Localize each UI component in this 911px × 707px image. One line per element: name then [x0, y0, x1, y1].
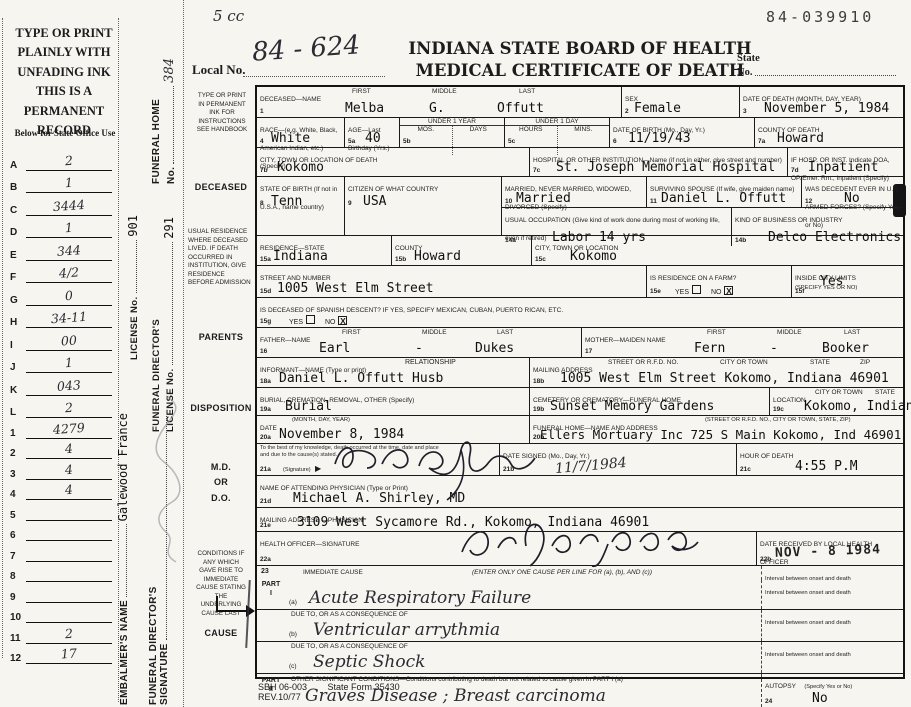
- mother-last: Booker: [822, 341, 869, 356]
- field-number: 21e: [260, 522, 271, 529]
- certificate-form: DECEASED—NAME FIRST MIDDLE LAST 1 Melba …: [255, 85, 905, 679]
- office-line-rule: 1: [26, 354, 112, 373]
- hospital-value: St. Joseph Memorial Hospital: [556, 160, 775, 175]
- embalmer-name-label: EMBALMER'S NAME: [119, 600, 130, 705]
- field-number: 11: [650, 198, 657, 205]
- autopsy-sublabel: (Specify Yes or No): [804, 684, 852, 690]
- burial-value: Burial: [285, 399, 332, 414]
- spouse-value: Daniel L. Offutt: [661, 191, 786, 206]
- office-line-rule: 2: [26, 399, 112, 418]
- field-residence-city: CITY, TOWN OR LOCATION 15c Kokomo: [532, 236, 903, 265]
- dotted-leader: [136, 240, 137, 294]
- state-label: STATE: [875, 389, 895, 396]
- cause-b-value: Ventricular arrythmia: [313, 620, 500, 640]
- office-line-label: 9: [10, 592, 26, 603]
- office-use-line: F4/2: [10, 261, 112, 284]
- office-line-rule: 2: [26, 625, 112, 644]
- father-label: FATHER—NAME: [260, 337, 310, 344]
- spanish-yes-checkbox: [306, 315, 315, 324]
- office-use-line: C3444: [10, 193, 112, 216]
- office-line-label: 6: [10, 530, 26, 541]
- state-no-block: State No.: [737, 52, 899, 79]
- office-line-rule: [26, 502, 112, 521]
- office-line-rule: 4/2: [26, 264, 112, 283]
- embalmer-name-value: Galewood France: [116, 413, 130, 521]
- office-line-value: 4279: [53, 421, 86, 436]
- field-citizen: CITIZEN OF WHAT COUNTRY USA 9: [345, 177, 502, 235]
- funeral-home-sublabel: (STREET OR R.F.D. NO., CITY OR TOWN, STA…: [705, 417, 851, 423]
- county-of-death-value: Howard: [777, 131, 824, 146]
- field-hospital: HOSPITAL OR OTHER INSTITUTION—Name (if n…: [530, 148, 788, 176]
- office-line-value: 4: [65, 484, 74, 497]
- field-number: 23: [261, 568, 269, 575]
- field-father-name: FATHER—NAME FIRST MIDDLE LAST 16 Earl - …: [257, 328, 582, 357]
- office-use-numbered-lines: 1427924344456789101121217: [10, 418, 112, 664]
- field-number: 5a: [348, 138, 355, 145]
- office-line-value: 0: [65, 289, 74, 302]
- part-one-label: PARTI: [259, 580, 283, 598]
- field-number: 17: [585, 348, 592, 355]
- file-number-stamp: 84-039910: [766, 8, 874, 26]
- date-of-birth-value: 11/19/43: [628, 131, 691, 146]
- sub-middle: MIDDLE: [422, 329, 447, 336]
- autopsy-value: No: [812, 691, 828, 706]
- farm-yes-label: YES: [675, 289, 689, 296]
- office-use-line: I00: [10, 328, 112, 351]
- industry-label: KIND OF BUSINESS OR INDUSTRY: [735, 217, 843, 224]
- office-line-label: 11: [10, 633, 26, 644]
- office-line-value: 4/2: [59, 266, 80, 280]
- city-of-death-value: Kokomo: [277, 160, 324, 175]
- hour-of-death-value: 4:55 P.M: [795, 459, 858, 474]
- office-use-line: 34: [10, 459, 112, 480]
- autopsy-cell: AUTOPSY (Specify Yes or No) 24 No: [761, 674, 903, 707]
- office-line-label: 8: [10, 571, 26, 582]
- section-conditions: CONDITIONS IF ANY WHICH GAVE RISE TO IMM…: [194, 550, 248, 618]
- residence-state-value: Indiana: [273, 249, 328, 264]
- field-number: 6: [613, 138, 617, 145]
- office-line-value: 2: [65, 154, 74, 167]
- deceased-first-name: Melba: [345, 101, 384, 116]
- date-sublabel: (MONTH, DAY, YEAR): [292, 417, 350, 423]
- cause-a-value: Acute Respiratory Failure: [309, 588, 531, 608]
- director-license-no: 291: [162, 217, 176, 239]
- office-line-value: 34-11: [51, 311, 88, 326]
- field-number: 8: [260, 200, 264, 207]
- field-number: 3: [743, 108, 747, 115]
- office-line-label: F: [10, 272, 26, 283]
- mother-label: MOTHER—MAIDEN NAME: [585, 337, 666, 344]
- dotted-leader: [755, 66, 896, 77]
- form-code: SBH 06-003: [258, 682, 307, 692]
- cause-line-c: DUE TO, OR AS A CONSEQUENCE OF (c) Septi…: [257, 642, 761, 673]
- relationship-label: RELATIONSHIP: [405, 359, 456, 366]
- office-line-rule: 4: [26, 481, 112, 500]
- field-number: 7d: [791, 167, 799, 174]
- field-number: 5b: [403, 138, 411, 145]
- field-number: 15f: [795, 288, 804, 295]
- permanent-record-notice: TYPE OR PRINT PLAINLY WITH UNFADING INK …: [8, 24, 120, 140]
- cause-c-value: Septic Shock: [313, 652, 425, 672]
- age-value: 40: [365, 131, 381, 146]
- director-sig-label2: SIGNATURE: [159, 643, 170, 705]
- office-line-label: J: [10, 362, 26, 373]
- deceased-last-name: Offutt: [497, 101, 544, 116]
- funeral-home-value: Ellers Mortuary Inc 725 S Main Kokomo, I…: [540, 427, 901, 442]
- embalmer-license-vertical: LICENSE No.901: [126, 215, 140, 360]
- office-line-label: 12: [10, 653, 26, 664]
- office-use-line: J1: [10, 351, 112, 374]
- office-use-line: 7: [10, 541, 112, 562]
- father-last: Dukes: [475, 341, 514, 356]
- field-cemetery-location: LOCATION CITY OR TOWN STATE 19c Kokomo, …: [770, 388, 903, 415]
- spanish-no-label: NO: [325, 319, 336, 326]
- office-use-line: E344: [10, 238, 112, 261]
- field-surviving-spouse: SURVIVING SPOUSE (If wife, give maiden n…: [647, 177, 802, 207]
- line-a-tag: (a): [289, 599, 297, 606]
- form-title: INDIANA STATE BOARD OF HEALTH MEDICAL CE…: [385, 38, 775, 83]
- office-use-line: B1: [10, 171, 112, 194]
- office-line-label: E: [10, 250, 26, 261]
- office-use-line: 1217: [10, 644, 112, 665]
- field-number: 1: [260, 108, 264, 115]
- section-type-or-print: TYPE OR PRINT IN PERMANENT INK FOR INSTR…: [196, 92, 248, 135]
- immediate-cause-label: IMMEDIATE CAUSE: [303, 569, 363, 576]
- office-line-value: 043: [57, 379, 82, 393]
- state-office-use-label: Below for State Office Use: [4, 128, 126, 138]
- field-informant: INFORMANT—NAME (Type or print) RELATIONS…: [257, 358, 530, 387]
- field-number: 18b: [533, 378, 544, 385]
- city-town-label: CITY OR TOWN: [815, 389, 863, 396]
- office-use-line: G0: [10, 283, 112, 306]
- state-no-label: No.: [737, 66, 752, 80]
- office-line-label: 4: [10, 489, 26, 500]
- office-line-label: 1: [10, 428, 26, 439]
- office-line-label: A: [10, 160, 26, 171]
- farm-no-checkbox-checked: X: [724, 286, 733, 295]
- office-line-rule: [26, 543, 112, 562]
- field-number: 22a: [260, 556, 271, 563]
- field-date-of-birth: DATE OF BIRTH (Mo., Day, Yr.) 6 11/19/43: [610, 118, 755, 147]
- director-sig-label1: FUNERAL DIRECTOR'S: [148, 586, 159, 705]
- field-residence-on-farm: IS RESIDENCE ON A FARM? 15e YES NOX: [647, 266, 792, 297]
- interval-c-cell: Interval between onset and death: [761, 642, 903, 673]
- field-number: 5c: [508, 138, 515, 145]
- field-mother-name: MOTHER—MAIDEN NAME FIRST MIDDLE LAST 17 …: [582, 328, 903, 357]
- dotted-leader: [126, 524, 127, 597]
- field-under-1-day: UNDER 1 DAY HOURS MINS. 5c: [505, 118, 610, 147]
- office-line-label: I: [10, 340, 26, 351]
- deceased-middle-name: G.: [429, 101, 445, 116]
- office-line-rule: 4: [26, 461, 112, 480]
- street-value: 1005 West Elm Street: [277, 281, 434, 296]
- section-deceased: DECEASED: [188, 182, 254, 192]
- md-line: M.D.: [188, 460, 254, 475]
- office-line-value: 4: [65, 443, 74, 456]
- interval-label: Interval between onset and death: [765, 590, 851, 596]
- marital-occupation-stack: MARRIED, NEVER MARRIED, WIDOWED, DIVORCE…: [502, 177, 903, 235]
- office-line-label: C: [10, 205, 26, 216]
- spanish-yes-label: YES: [289, 319, 303, 326]
- field-number: 19c: [773, 406, 784, 413]
- field-marital-status: MARRIED, NEVER MARRIED, WIDOWED, DIVORCE…: [502, 177, 647, 207]
- date-label: DATE: [260, 425, 277, 432]
- field-number: 15g: [260, 318, 271, 325]
- cause-header: 23 IMMEDIATE CAUSE (ENTER ONLY ONE CAUSE…: [257, 566, 761, 580]
- burial-label: BURIAL, CREMATION, REMOVAL, OTHER (Speci…: [260, 397, 414, 404]
- embalmer-license-no: 901: [126, 215, 140, 237]
- citizen-label: CITIZEN OF WHAT COUNTRY: [348, 186, 438, 193]
- office-use-line: D1: [10, 216, 112, 239]
- mother-first: Fern: [694, 341, 725, 356]
- office-line-label: 10: [10, 612, 26, 623]
- funeral-home-no-label: No.: [166, 167, 177, 184]
- sub-first: FIRST: [707, 329, 726, 336]
- race-value: White: [271, 131, 310, 146]
- office-line-rule: 4279: [26, 420, 112, 439]
- local-no-line: [243, 76, 385, 77]
- location-label: LOCATION: [773, 397, 806, 404]
- marital-value: Married: [516, 191, 571, 206]
- due-to-label: DUE TO, OR AS A CONSEQUENCE OF: [291, 611, 408, 618]
- office-use-line: A2: [10, 148, 112, 171]
- father-middle: -: [415, 341, 423, 356]
- field-date-received: DATE RECEIVED BY LOCAL HEALTH OFFICER 22…: [757, 532, 903, 565]
- citizen-value: USA: [363, 194, 386, 209]
- zip-label: ZIP: [860, 359, 870, 366]
- health-officer-label: HEALTH OFFICER—SIGNATURE: [260, 541, 359, 548]
- spanish-descent-label: IS DECEASED OF SPANISH DESCENT? IF YES, …: [260, 307, 563, 314]
- field-number: 7a: [758, 138, 765, 145]
- office-use-lettered-lines: A2B1C3444D1E344F4/2G0H34-11I00J1K043L2: [10, 148, 112, 418]
- farm-yes-checkbox: [692, 285, 701, 294]
- field-number: 15c: [535, 256, 546, 263]
- office-line-value: 3444: [53, 198, 86, 213]
- line-c-tag: (c): [289, 663, 297, 670]
- residence-county-value: Howard: [414, 249, 461, 264]
- physician-signature-mark: [327, 436, 542, 502]
- field-funeral-home: FUNERAL HOME—NAME AND ADDRESS (STREET OR…: [530, 416, 903, 443]
- field-race: RACE—(e.g. White, Black, American Indian…: [257, 118, 345, 147]
- field-sex: SEX 2 Female: [622, 87, 740, 117]
- field-spanish-descent: IS DECEASED OF SPANISH DESCENT? IF YES, …: [257, 298, 903, 327]
- office-line-rule: 2: [26, 152, 112, 171]
- field-number: 22b: [760, 556, 771, 563]
- embalmer-license-label: LICENSE No.: [129, 296, 140, 360]
- farm-options: YES NOX: [675, 285, 741, 296]
- local-no-value: 84 - 624: [251, 30, 361, 67]
- field-under-1-year: UNDER 1 YEAR MOS. DAYS 5b: [400, 118, 505, 147]
- mailing-address-value: 1005 West Elm Street Kokomo, Indiana 469…: [560, 371, 889, 386]
- office-use-line: 24: [10, 439, 112, 460]
- spanish-options: YES NOX: [289, 315, 355, 326]
- field-if-hosp-status: IF HOSP. OR INST. Indicate DOA, OP/Emer.…: [788, 148, 903, 176]
- title-line1: INDIANA STATE BOARD OF HEALTH: [385, 38, 775, 60]
- state-form-number: State Form 35430: [328, 682, 400, 692]
- state-label: State: [737, 52, 899, 66]
- interval-b-cell: Interval between onset and death: [761, 610, 903, 641]
- field-number: 19a: [260, 406, 271, 413]
- due-to-label: DUE TO, OR AS A CONSEQUENCE OF: [291, 643, 408, 650]
- office-line-rule: [26, 563, 112, 582]
- field-number: 10: [505, 198, 512, 205]
- cemetery-value: Sunset Memory Gardens: [550, 399, 714, 414]
- city-limits-sublabel: (SPECIFY YES OR NO): [795, 285, 900, 292]
- field-county-of-death: COUNTY OF DEATH 7a Howard: [755, 118, 903, 147]
- sub-middle: MIDDLE: [777, 329, 802, 336]
- section-usual-residence: USUAL RESIDENCE WHERE DECEASED LIVED. IF…: [188, 228, 252, 288]
- residence-city-value: Kokomo: [570, 249, 617, 264]
- office-line-label: L: [10, 407, 26, 418]
- office-line-rule: 344: [26, 242, 112, 261]
- office-line-label: 5: [10, 510, 26, 521]
- office-use-line: 9: [10, 582, 112, 603]
- field-number: 15b: [395, 256, 406, 263]
- sub-last: LAST: [519, 88, 535, 95]
- informant-value: Daniel L. Offutt Husb: [279, 371, 443, 386]
- office-line-rule: 1: [26, 174, 112, 193]
- interval-header-cell: Interval between onset and death: [761, 566, 903, 580]
- state-no-line: No.: [737, 66, 899, 80]
- office-line-rule: 0: [26, 287, 112, 306]
- field-number: 20a: [260, 434, 271, 441]
- office-use-line: 10: [10, 603, 112, 624]
- office-use-line: K043: [10, 373, 112, 396]
- street-rfd-label: STREET OR R.F.D. NO.: [608, 359, 678, 366]
- office-line-rule: 4: [26, 440, 112, 459]
- office-line-label: 3: [10, 469, 26, 480]
- field-armed-forces: WAS DECEDENT EVER IN U.S. ARMED FORCES? …: [802, 177, 903, 207]
- field-number: 21c: [740, 466, 751, 473]
- md-line: OR: [188, 475, 254, 490]
- sub-middle: MIDDLE: [432, 88, 457, 95]
- office-line-rule: 043: [26, 377, 112, 396]
- office-line-rule: 1: [26, 219, 112, 238]
- spanish-no-checkbox-checked: X: [338, 316, 347, 325]
- funeral-home-vertical: FUNERAL HOME No.384: [151, 58, 177, 184]
- office-line-rule: 00: [26, 332, 112, 351]
- office-line-value: 2: [65, 627, 74, 640]
- sub-last: LAST: [844, 329, 860, 336]
- office-use-line: 8: [10, 562, 112, 583]
- office-use-line: 112: [10, 623, 112, 644]
- office-line-value: 1: [65, 222, 74, 235]
- location-value: Kokomo, Indiana: [804, 399, 911, 414]
- date-of-death-value: November 5, 1984: [764, 101, 889, 116]
- office-line-value: 344: [57, 244, 82, 258]
- office-line-value: 17: [61, 647, 78, 661]
- health-officer-signature-mark: [452, 516, 702, 568]
- field-number: 15e: [650, 288, 661, 295]
- field-date-of-death: DATE OF DEATH (MONTH, DAY, YEAR) 3 Novem…: [740, 87, 903, 117]
- office-line-label: K: [10, 385, 26, 396]
- office-line-value: 00: [61, 334, 78, 348]
- field-hour-of-death: HOUR OF DEATH 21c 4:55 P.M: [737, 444, 903, 475]
- field-state-of-birth: STATE OF BIRTH (If not in U.S.A., name c…: [257, 177, 345, 235]
- field-certifier-signature: To the best of my knowledge, death occur…: [257, 444, 500, 475]
- dotted-leader: [172, 242, 173, 366]
- field-number: 16: [260, 348, 267, 355]
- city-town-label: CITY OR TOWN: [720, 359, 768, 366]
- field-number: 21a: [260, 466, 271, 473]
- office-line-label: D: [10, 227, 26, 238]
- margin-dotted-rule-2: [183, 0, 184, 707]
- office-line-rule: [26, 522, 112, 541]
- field-health-officer-signature: HEALTH OFFICER—SIGNATURE 22a: [257, 532, 757, 565]
- field-residence-state: RESIDENCE—STATE 15a Indiana: [257, 236, 392, 265]
- state-of-birth-value: Tenn: [271, 194, 302, 209]
- field-number: 2: [625, 108, 629, 115]
- office-line-label: G: [10, 295, 26, 306]
- office-use-line: L2: [10, 396, 112, 419]
- date-received-stamp: NOV - 8 1984: [775, 542, 881, 561]
- local-no-label: Local No.: [192, 62, 245, 78]
- one-cause-note: (ENTER ONLY ONE CAUSE PER LINE FOR (a), …: [472, 569, 652, 576]
- field-city-of-death: CITY, TOWN OR LOCATION OF DEATH 7b Kokom…: [257, 148, 530, 176]
- field-informant-mailing-address: MAILING ADDRESS STREET OR R.F.D. NO. CIT…: [530, 358, 903, 387]
- field-number: 21d: [260, 498, 271, 505]
- field-number: 12: [805, 198, 812, 205]
- office-line-value: 2: [65, 402, 74, 415]
- interval-label: Interval between onset and death: [765, 620, 851, 626]
- section-parents: PARENTS: [188, 332, 254, 342]
- hour-of-death-label: HOUR OF DEATH: [740, 453, 793, 460]
- office-use-line: H34-11: [10, 306, 112, 329]
- line-b-tag: (b): [289, 631, 297, 638]
- field-cemetery: CEMETERY OR CREMATORY—FUNERAL HOME 19b S…: [530, 388, 770, 415]
- office-use-line: 6: [10, 521, 112, 542]
- field-number: 18a: [260, 378, 271, 385]
- farm-label: IS RESIDENCE ON A FARM?: [650, 275, 736, 282]
- signature-label: (Signature): [283, 467, 311, 473]
- field-number: 19b: [533, 406, 544, 413]
- field-deceased-name: DECEASED—NAME FIRST MIDDLE LAST 1 Melba …: [257, 87, 622, 117]
- field-number: 24: [765, 698, 772, 705]
- funeral-home-no-value: 384: [162, 58, 177, 83]
- office-line-rule: 17: [26, 645, 112, 664]
- field-number: 15a: [260, 256, 271, 263]
- city-limits-value: Yes: [820, 274, 843, 289]
- title-line2: MEDICAL CERTIFICATE OF DEATH: [385, 60, 775, 82]
- office-line-value: 4: [65, 463, 74, 476]
- under-1-year-label: UNDER 1 YEAR: [400, 118, 504, 126]
- field-disposition-type: BURIAL, CREMATION, REMOVAL, OTHER (Speci…: [257, 388, 530, 415]
- field-age: AGE—Last Birthday (Yrs.) 5a 40: [345, 118, 400, 147]
- section-cause: CAUSE: [188, 628, 254, 638]
- office-use-line: 5: [10, 500, 112, 521]
- dotted-leader: [173, 86, 174, 164]
- armed-forces-value: No: [844, 191, 860, 206]
- office-use-line: 14279: [10, 418, 112, 439]
- office-line-value: 1: [65, 357, 74, 370]
- cause-line-a: PARTI (a) Acute Respiratory Failure: [257, 580, 761, 609]
- signature-pointer-icon: ▶: [315, 464, 321, 473]
- copies-note: 5 cc: [213, 7, 244, 25]
- under-1-day-label: UNDER 1 DAY: [505, 118, 609, 126]
- form-footer: SBH 06-003 State Form 35430 REV.10/77: [258, 682, 400, 702]
- sub-first: FIRST: [352, 88, 371, 95]
- office-line-label: 7: [10, 551, 26, 562]
- office-line-label: B: [10, 182, 26, 193]
- field-number: 15d: [260, 288, 271, 295]
- death-certificate-sheet: TYPE OR PRINT PLAINLY WITH UNFADING INK …: [0, 0, 911, 707]
- cause-line-b: DUE TO, OR AS A CONSEQUENCE OF (b) Ventr…: [257, 610, 761, 641]
- funeral-director-signature-mark: [156, 394, 182, 566]
- mother-middle: -: [770, 341, 778, 356]
- form-revision: REV.10/77: [258, 692, 400, 702]
- field-street-number: STREET AND NUMBER 15d 1005 West Elm Stre…: [257, 266, 647, 297]
- father-first: Earl: [319, 341, 350, 356]
